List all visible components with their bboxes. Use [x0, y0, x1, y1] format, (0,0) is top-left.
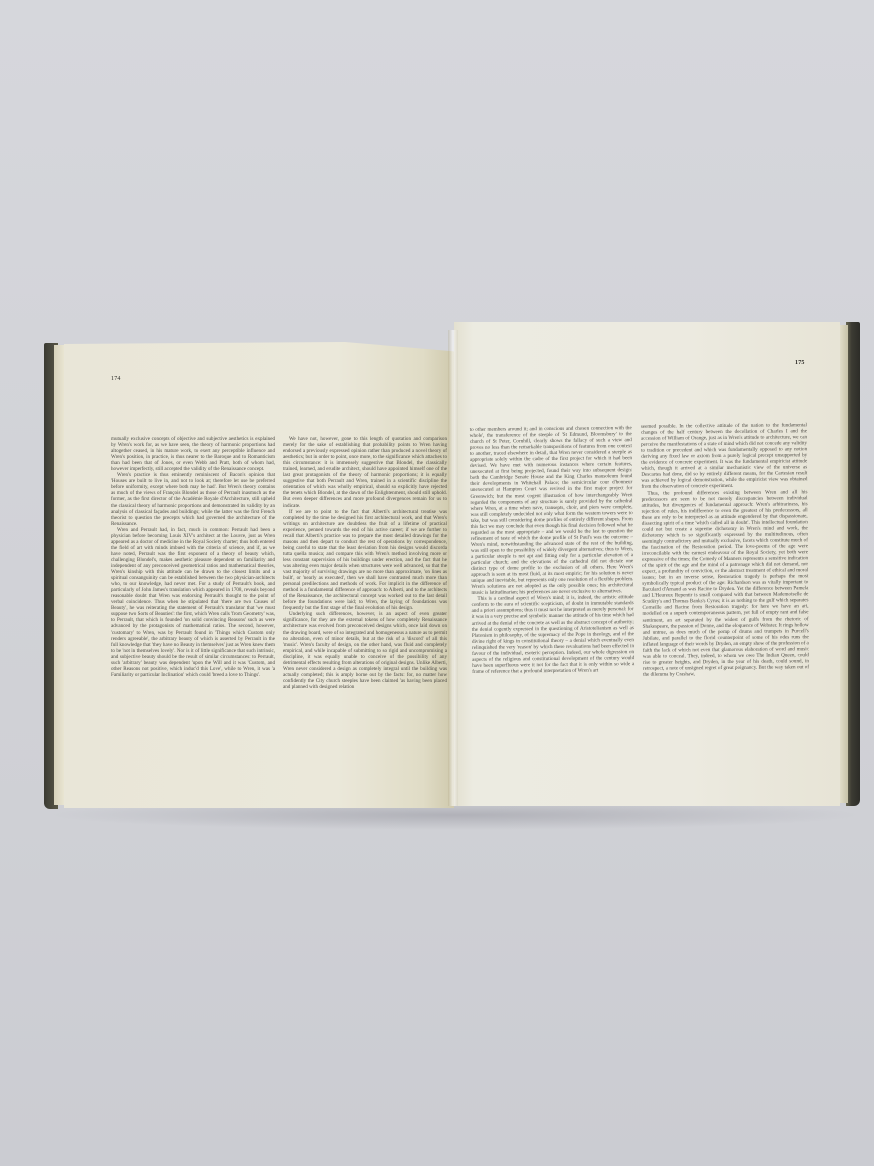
paragraph: Thus, the profound differences existing … — [641, 489, 809, 678]
paragraph: Wren and Perrault had, in fact, much in … — [111, 527, 275, 678]
paragraph: We have not, however, gone to this lengt… — [283, 436, 447, 509]
paragraph: to other members around it; and in consc… — [470, 425, 634, 596]
left-page-column-2: We have not, however, gone to this lengt… — [283, 436, 447, 690]
paragraph: Wren's practice is thus eminently remini… — [111, 472, 275, 526]
left-page-number: 174 — [111, 376, 121, 382]
book-cover-right-edge — [846, 322, 860, 806]
right-page-column-1: to other members around it; and in consc… — [470, 425, 635, 675]
book-gutter — [448, 330, 458, 806]
paragraph: seemed possible. In the collective attit… — [641, 422, 808, 490]
right-page-column-2: seemed possible. In the collective attit… — [641, 422, 809, 677]
right-page-number: 175 — [795, 360, 805, 366]
paragraph: Underlying such differences, however, is… — [283, 611, 447, 690]
paragraph: If we are to point to the fact that Albe… — [283, 509, 447, 612]
paragraph: This is a cardinal aspect of Wren's mind… — [471, 594, 634, 674]
paragraph: mutually exclusive concepts of objective… — [111, 436, 275, 472]
left-page-column-1: mutually exclusive concepts of objective… — [111, 436, 275, 678]
